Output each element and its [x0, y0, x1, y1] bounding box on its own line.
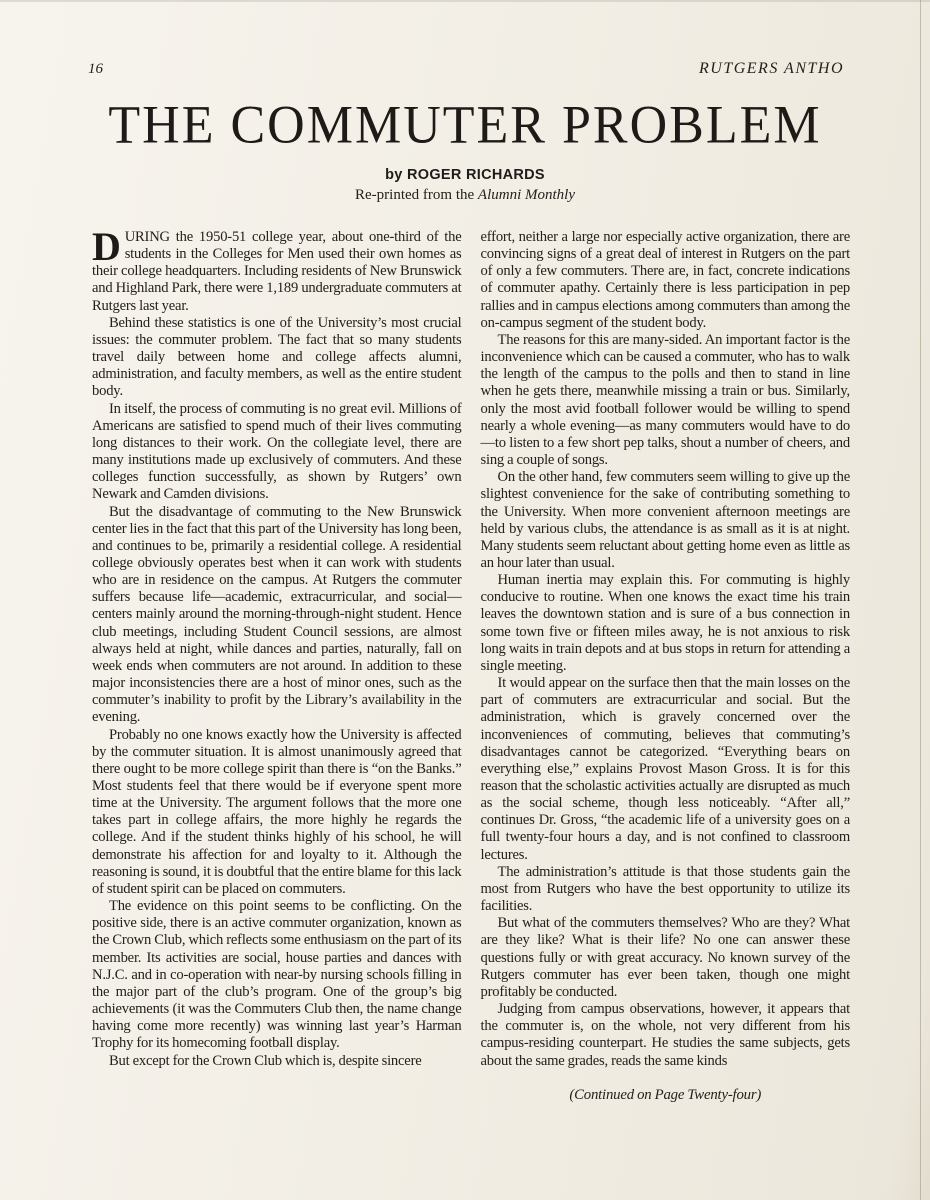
- paragraph: Judging from campus observations, howeve…: [481, 1001, 851, 1070]
- scan-edge-right: [920, 0, 921, 1200]
- article-title: THE COMMUTER PROBLEM: [0, 95, 930, 156]
- reprint-prefix: Re-printed from the: [355, 187, 474, 203]
- paragraph: But except for the Crown Club which is, …: [92, 1053, 462, 1070]
- reprint-source: Alumni Monthly: [478, 187, 575, 203]
- paragraph: Behind these statistics is one of the Un…: [92, 315, 462, 401]
- running-head: 16 RUTGERS ANTHO: [0, 60, 930, 78]
- lead-paragraph: DURING the 1950-51 college year, about o…: [92, 229, 462, 315]
- byline-prefix: by: [385, 167, 403, 183]
- lead-paragraph-text: URING the 1950-51 college year, about on…: [92, 229, 462, 314]
- author-name: ROGER RICHARDS: [407, 167, 545, 183]
- paragraph: It would appear on the surface then that…: [481, 675, 851, 864]
- paragraph: On the other hand, few commuters seem wi…: [481, 469, 851, 572]
- column-right: effort, neither a large nor especially a…: [481, 229, 851, 1104]
- paragraph: Human inertia may explain this. For comm…: [481, 572, 851, 675]
- journal-header: RUTGERS ANTHO: [699, 60, 844, 78]
- column-left: DURING the 1950-51 college year, about o…: [92, 229, 462, 1104]
- paragraph: The evidence on this point seems to be c…: [92, 898, 462, 1052]
- paragraph: effort, neither a large nor especially a…: [481, 229, 851, 332]
- reprint-line: Re-printed from the Alumni Monthly: [0, 187, 930, 204]
- paragraph: Probably no one knows exactly how the Un…: [92, 727, 462, 899]
- paragraph: In itself, the process of commuting is n…: [92, 401, 462, 504]
- continued-notice: (Continued on Page Twenty-four): [481, 1087, 851, 1104]
- scan-edge-top: [0, 0, 930, 2]
- byline: by ROGER RICHARDS: [0, 167, 930, 183]
- paragraph: But what of the commuters themselves? Wh…: [481, 915, 851, 1001]
- page-number: 16: [88, 61, 103, 78]
- drop-cap: D: [92, 229, 125, 262]
- paragraph: But the disadvantage of commuting to the…: [92, 504, 462, 727]
- paragraph: The reasons for this are many-sided. An …: [481, 332, 851, 469]
- paragraph: The administration’s attitude is that th…: [481, 864, 851, 915]
- article-body: DURING the 1950-51 college year, about o…: [92, 229, 850, 1104]
